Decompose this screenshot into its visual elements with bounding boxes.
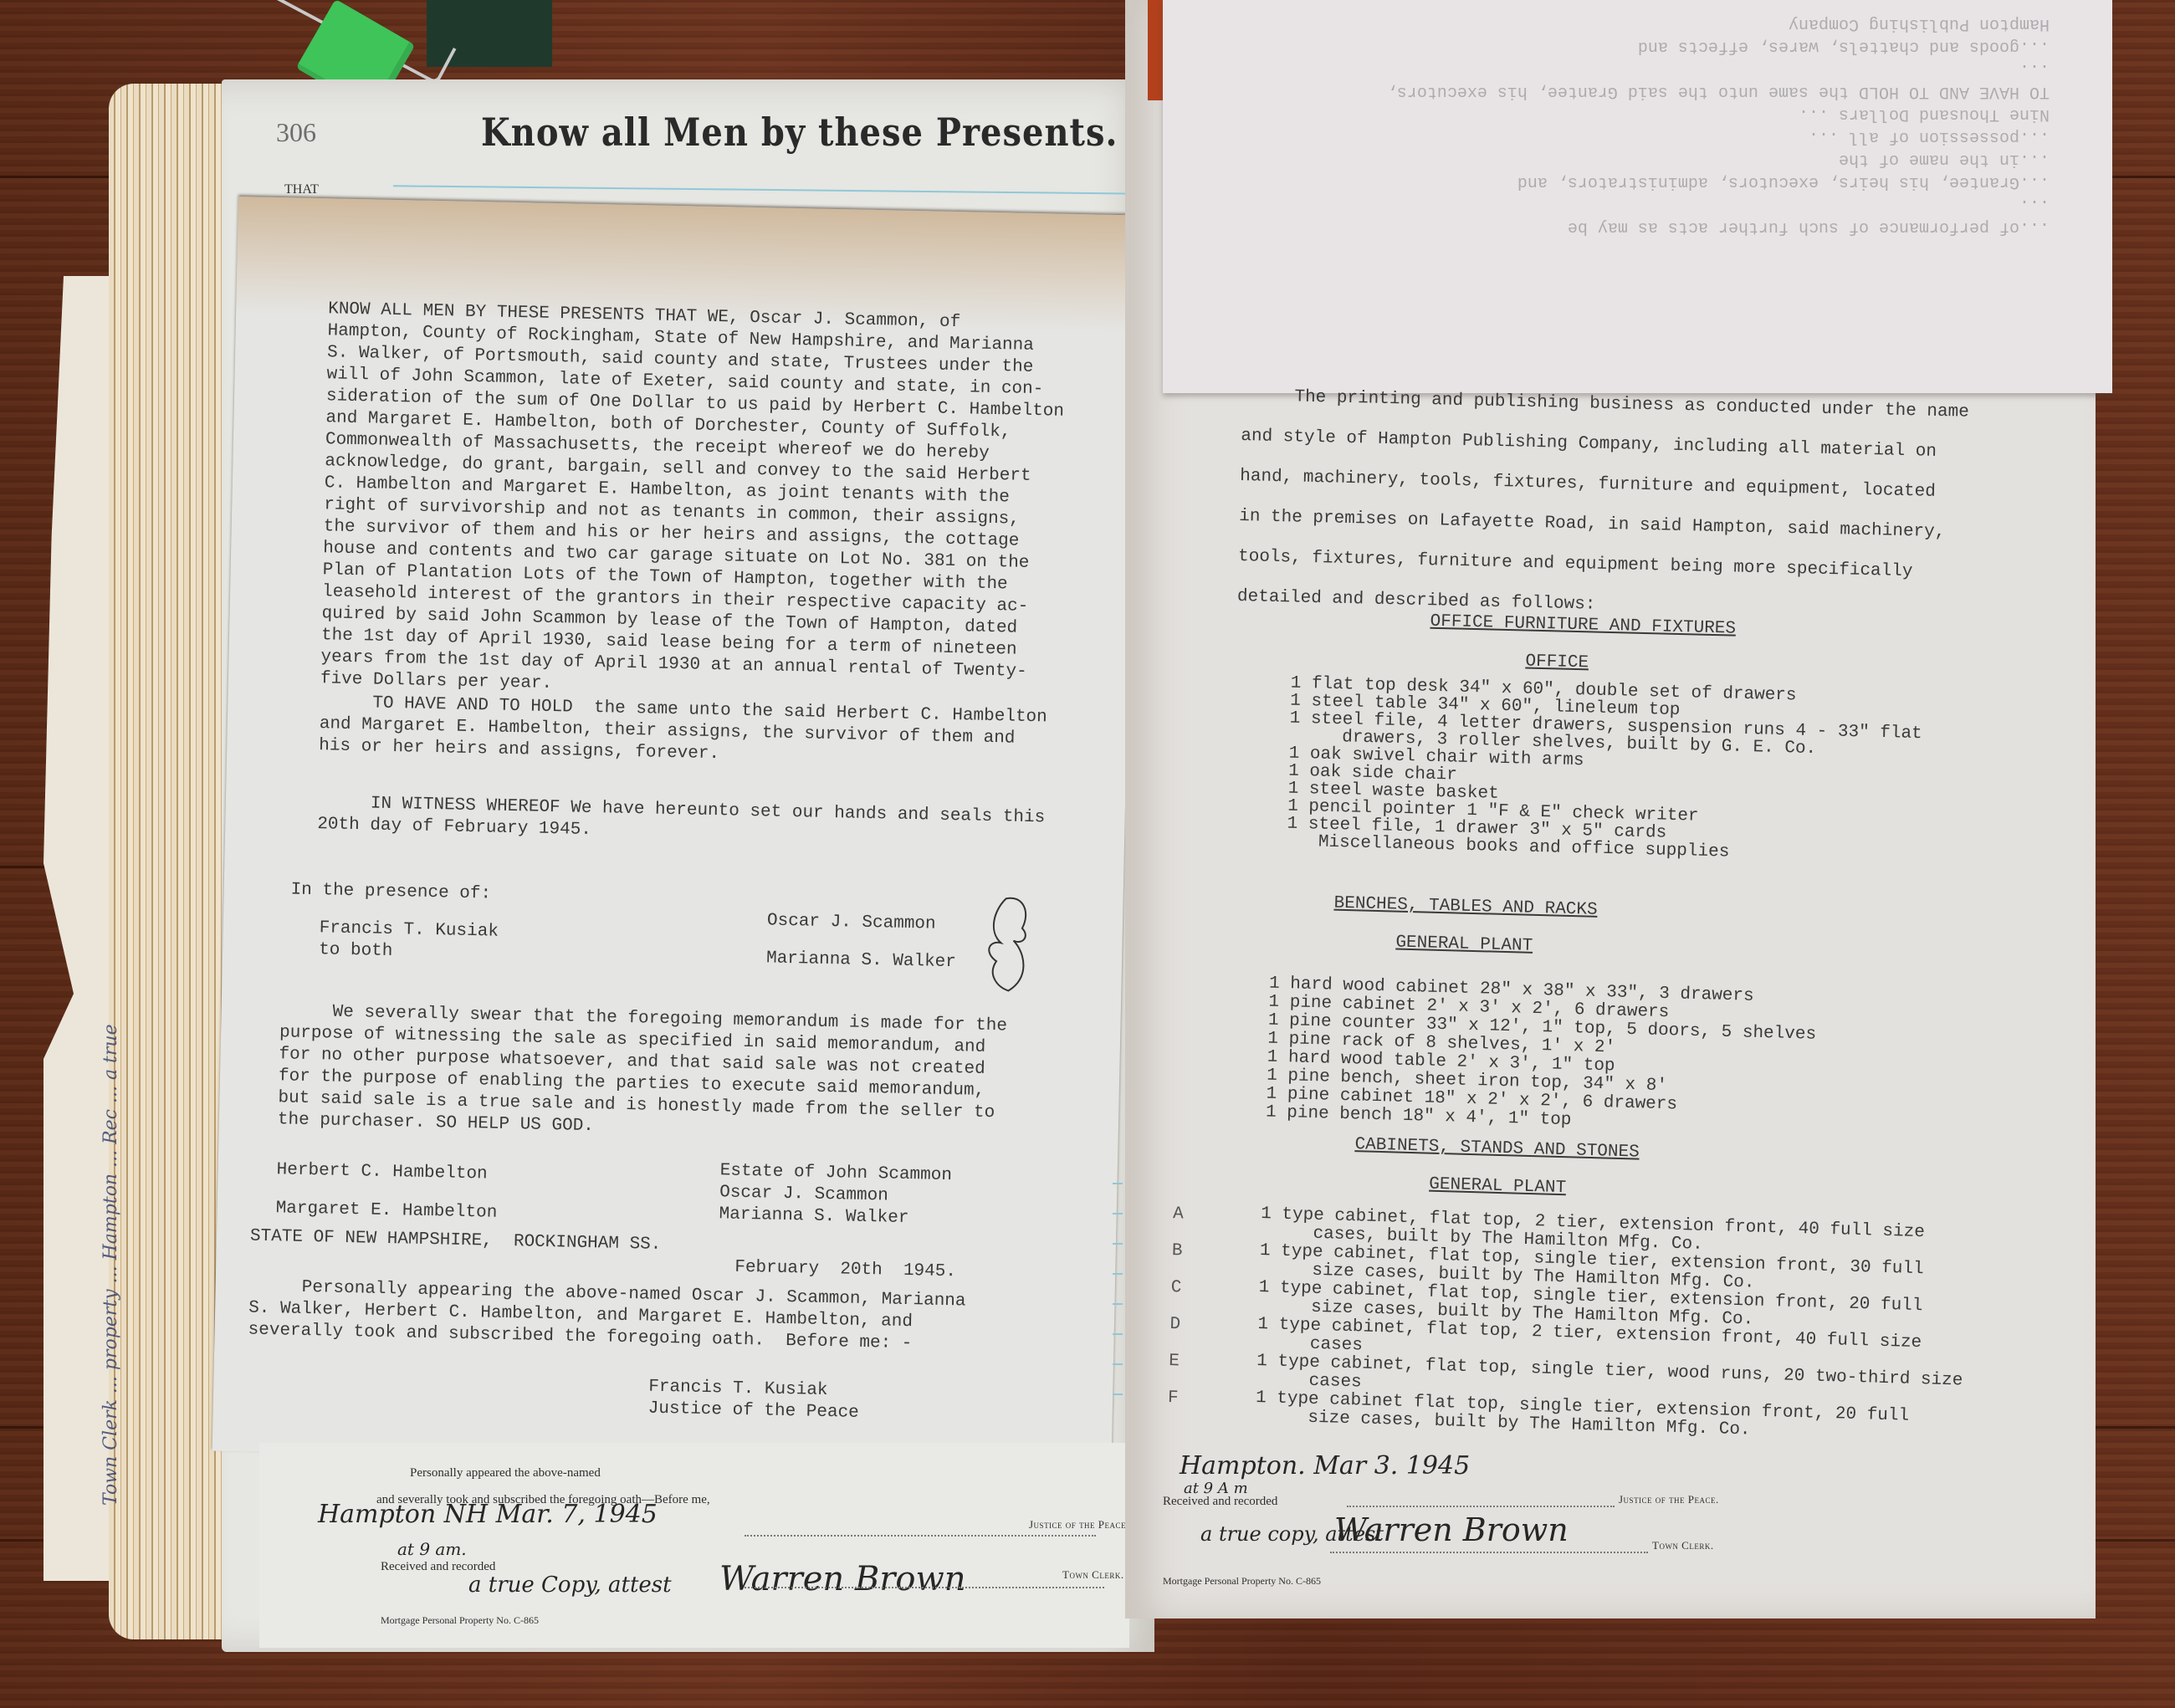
handwritten-attest: a true Copy, attest xyxy=(468,1572,672,1598)
town-clerk-label: Town Clerk. xyxy=(1652,1539,1714,1552)
clerk-signature-line xyxy=(745,1587,1104,1588)
habendum-paragraph: TO HAVE AND TO HOLD the same unto the sa… xyxy=(319,692,1047,772)
justice-title: Justice of the Peace xyxy=(647,1399,859,1424)
justice-signature-line xyxy=(1347,1506,1615,1507)
wood-plank-seam xyxy=(0,866,50,868)
page-number: 306 xyxy=(276,117,316,148)
witness-paragraph: IN WITNESS WHEREOF We have hereunto set … xyxy=(317,792,1045,851)
bench-items: 1 hard wood cabinet 28" x 38" x 33", 3 d… xyxy=(1266,975,1818,1137)
acknowledgment-paragraph: Personally appearing the above-named Osc… xyxy=(248,1276,965,1357)
oath-paragraph: We severally swear that the foregoing me… xyxy=(278,1000,1008,1146)
section-subheading: GENERAL PLANT xyxy=(1395,933,1533,958)
justice-label: Justice of the Peace. xyxy=(1029,1518,1129,1532)
form-prefix: THAT xyxy=(284,182,319,197)
margin-handwriting: Town Clerk ... property ... Hampton ... … xyxy=(100,393,134,1506)
section-subheading: GENERAL PLANT xyxy=(1429,1174,1566,1200)
seal-scribble-icon xyxy=(970,894,1039,996)
mirrored-text: ...of performance of such further acts a… xyxy=(1230,13,2050,238)
handwritten-place-date: Hampton. Mar 3. 1945 xyxy=(1180,1451,1470,1480)
form-number: Mortgage Personal Property No. C-865 xyxy=(1163,1575,1321,1588)
personally-appeared-text: Personally appeared the above-named xyxy=(410,1466,601,1480)
overlay-sheet-bleedthrough: ...of performance of such further acts a… xyxy=(1163,0,2112,393)
witness-note: to both xyxy=(319,939,393,963)
margin-tick-lines xyxy=(1113,1154,1123,1405)
town-clerk-label: Town Clerk. xyxy=(1062,1568,1124,1582)
cabinet-items: 1 type cabinet, flat top, 2 tier, extens… xyxy=(1255,1205,1967,1445)
oath-signers-left: Herbert C. Hambelton Margaret E. Hambelt… xyxy=(275,1151,499,1233)
venue: STATE OF NEW HAMPSHIRE, ROCKINGHAM SS. xyxy=(250,1226,662,1256)
handwritten-place-date: Hampton NH Mar. 7, 1945 xyxy=(318,1500,658,1529)
signer-1: Oscar J. Scammon xyxy=(767,910,936,935)
oath-signers-right: Estate of John Scammon Oscar J. Scammon … xyxy=(719,1160,952,1230)
signer-2: Marianna S. Walker xyxy=(766,948,956,974)
form-number: Mortgage Personal Property No. C-865 xyxy=(381,1614,539,1627)
town-clerk-signature: Warren Brown xyxy=(1334,1511,1569,1548)
right-form-footer: Hampton. Mar 3. 1945 at 9 A m Received a… xyxy=(1159,1451,1995,1593)
justice-label: Justice of the Peace. xyxy=(1619,1493,1719,1506)
red-page-edge xyxy=(1148,0,1163,100)
presence-label: In the presence of: xyxy=(290,879,491,905)
venue-date: February 20th 1945. xyxy=(734,1257,956,1284)
typed-deed-sheet: KNOW ALL MEN BY THESE PRESENTS THAT WE, … xyxy=(212,197,1138,1470)
left-form-footer: Personally appeared the above-named and … xyxy=(259,1443,1129,1648)
office-items: 1 flat top desk 34" x 60", double set of… xyxy=(1287,675,1923,866)
form-title: Know all Men by these Presents. xyxy=(481,110,1118,155)
inventory-intro: The printing and publishing business as … xyxy=(1236,376,1969,634)
handwritten-time: at 9 am. xyxy=(397,1539,467,1559)
justice-signature-line xyxy=(745,1535,1096,1537)
received-recorded: Received and recorded xyxy=(1163,1495,1277,1509)
town-clerk-signature: Warren Brown xyxy=(719,1560,965,1598)
section-subheading: OFFICE xyxy=(1525,652,1589,675)
deed-paragraph: KNOW ALL MEN BY THESE PRESENTS THAT WE, … xyxy=(320,299,1067,705)
clerk-signature-line xyxy=(1330,1552,1648,1553)
